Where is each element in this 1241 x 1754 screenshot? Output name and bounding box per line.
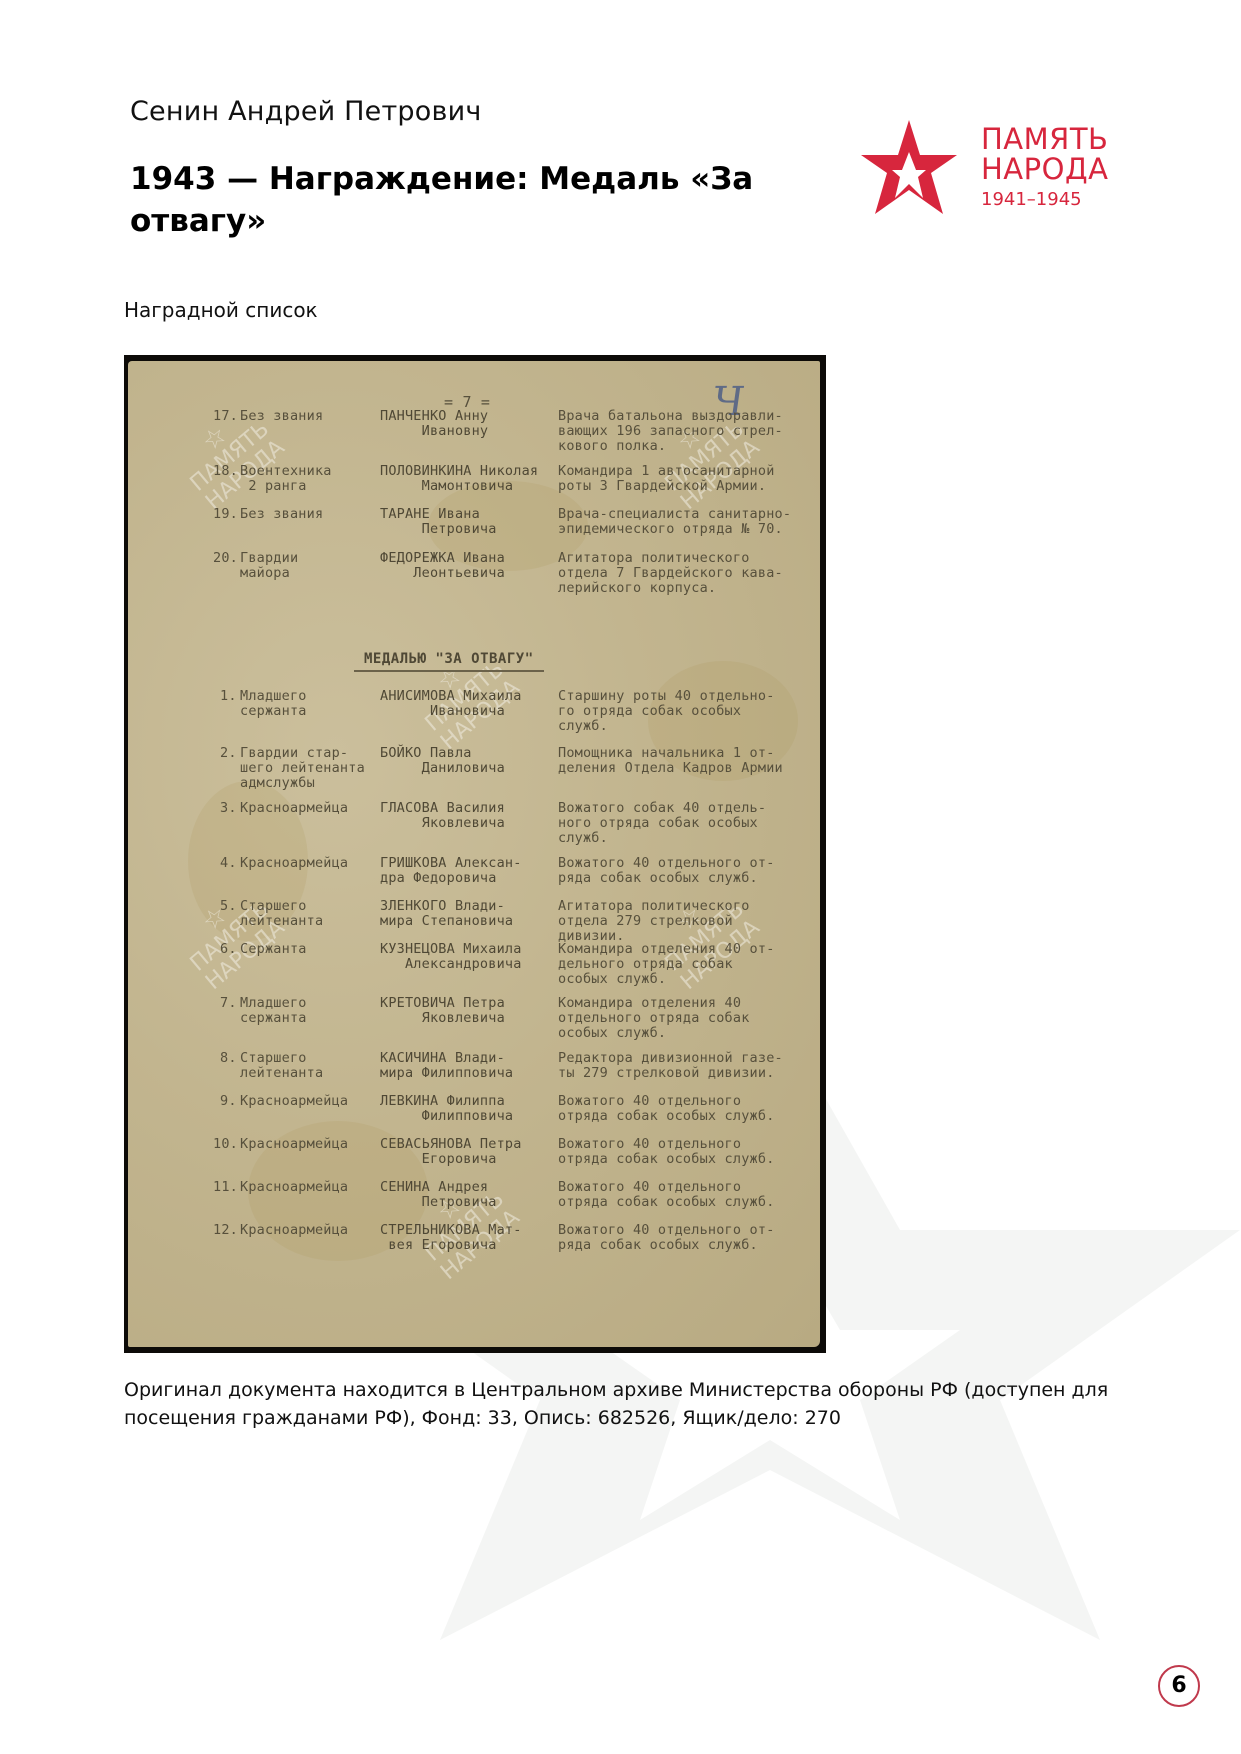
- entry-number: 4.: [220, 856, 237, 871]
- entry-number: 10.: [213, 1137, 238, 1152]
- entry-before-position: Врача батальона выздоравли- вающих 196 з…: [558, 409, 783, 454]
- entry-name: БОЙКО Павла Даниловича: [380, 746, 505, 776]
- entry-position: Старшину роты 40 отдельно- го отряда соб…: [558, 689, 775, 734]
- entry-name: АНИСИМОВА Михаила Ивановича: [380, 689, 522, 719]
- entry-before-name: ПАНЧЕНКО Анну Ивановну: [380, 409, 488, 439]
- pamyat-naroda-logo: ПАМЯТЬ НАРОДА 1941–1945: [858, 118, 1128, 218]
- award-title: 1943 — Награждение: Медаль «За отвагу»: [130, 158, 810, 242]
- entry-rank: Красноармейца: [240, 1094, 348, 1109]
- entry-position: Вожатого собак 40 отдель- ного отряда со…: [558, 801, 766, 846]
- entry-before-number: 19.: [213, 507, 238, 522]
- entry-rank: Старшего лейтенанта: [240, 1051, 323, 1081]
- entry-rank: Гвардии стар- шего лейтенанта адмслужбы: [240, 746, 365, 791]
- entry-before-rank: Без звания: [240, 507, 323, 522]
- entry-rank: Красноармейца: [240, 1180, 348, 1195]
- entry-rank: Младшего сержанта: [240, 689, 307, 719]
- entry-position: Редактора дивизионной газе- ты 279 стрел…: [558, 1051, 783, 1081]
- entry-name: СТРЕЛЬНИКОВА Мат- вея Егоровича: [380, 1223, 522, 1253]
- entry-name: СЕВАСЬЯНОВА Петра Егоровича: [380, 1137, 522, 1167]
- paper-sheet: = 7 = Ч ☆ПАМЯТЬНАРОДА ☆ПАМЯТЬНАРОДА ☆ПАМ…: [128, 361, 820, 1347]
- entry-before-number: 18.: [213, 464, 238, 479]
- entry-before-name: ФЕДОРЕЖКА Ивана Леонтьевича: [380, 551, 505, 581]
- award-list-scan: = 7 = Ч ☆ПАМЯТЬНАРОДА ☆ПАМЯТЬНАРОДА ☆ПАМ…: [124, 355, 826, 1353]
- entry-number: 2.: [220, 746, 237, 761]
- entry-name: КУЗНЕЦОВА Михаила Александровича: [380, 942, 522, 972]
- entry-position: Вожатого 40 отдельного отряда собак особ…: [558, 1137, 775, 1167]
- entry-number: 1.: [220, 689, 237, 704]
- entry-position: Помощника начальника 1 от- деления Отдел…: [558, 746, 783, 776]
- entry-rank: Старшего лейтенанта: [240, 899, 323, 929]
- entry-position: Командира отделения 40 от- дельного отря…: [558, 942, 775, 987]
- section-heading: МЕДАЛЬЮ "ЗА ОТВАГУ": [354, 651, 544, 672]
- entry-rank: Красноармейца: [240, 1137, 348, 1152]
- page-number: 6: [1158, 1665, 1200, 1707]
- entry-name: КРЕТОВИЧА Петра Яковлевича: [380, 996, 505, 1026]
- person-name: Сенин Андрей Петрович: [130, 96, 481, 127]
- entry-name: ЛЕВКИНА Филиппа Филипповича: [380, 1094, 513, 1124]
- entry-number: 12.: [213, 1223, 238, 1238]
- entry-before-name: ПОЛОВИНКИНА Николая Мамонтовича: [380, 464, 538, 494]
- entry-before-name: ТАРАНЕ Ивана Петровича: [380, 507, 497, 537]
- entry-rank: Красноармейца: [240, 856, 348, 871]
- logo-years: 1941–1945: [981, 190, 1082, 210]
- entry-rank: Сержанта: [240, 942, 307, 957]
- entry-before-position: Врача-специалиста санитарно- эпидемическ…: [558, 507, 791, 537]
- archive-caption: Оригинал документа находится в Центральн…: [124, 1376, 1124, 1432]
- entry-before-number: 20.: [213, 551, 238, 566]
- entry-number: 7.: [220, 996, 237, 1011]
- entry-rank: Красноармейца: [240, 801, 348, 816]
- logo-line-2: НАРОДА: [981, 154, 1108, 184]
- entry-position: Вожатого 40 отдельного от- ряда собак ос…: [558, 856, 775, 886]
- entry-name: СЕНИНА Андрея Петровича: [380, 1180, 497, 1210]
- document-label: Наградной список: [124, 298, 318, 322]
- red-star-icon: [858, 118, 960, 218]
- entry-name: ЗЛЕНКОГО Влади- мира Степановича: [380, 899, 513, 929]
- entry-position: Вожатого 40 отдельного от- ряда собак ос…: [558, 1223, 775, 1253]
- entry-rank: Младшего сержанта: [240, 996, 307, 1026]
- entry-before-rank: Гвардии майора: [240, 551, 298, 581]
- entry-before-rank: Воентехника 2 ранга: [240, 464, 332, 494]
- entry-before-position: Командира 1 автосанитарной роты 3 Гварде…: [558, 464, 775, 494]
- entry-number: 3.: [220, 801, 237, 816]
- entry-number: 6.: [220, 942, 237, 957]
- entry-name: КАСИЧИНА Влади- мира Филипповича: [380, 1051, 513, 1081]
- entry-number: 11.: [213, 1180, 238, 1195]
- entry-number: 9.: [220, 1094, 237, 1109]
- entry-position: Агитатора политического отдела 279 стрел…: [558, 899, 750, 944]
- entry-number: 5.: [220, 899, 237, 914]
- entry-number: 8.: [220, 1051, 237, 1066]
- entry-name: ГЛАСОВА Василия Яковлевича: [380, 801, 505, 831]
- entry-position: Вожатого 40 отдельного отряда собак особ…: [558, 1180, 775, 1210]
- entry-name: ГРИШКОВА Алексан- дра Федоровича: [380, 856, 522, 886]
- entry-position: Командира отделения 40 отдельного отряда…: [558, 996, 750, 1041]
- logo-line-1: ПАМЯТЬ: [981, 124, 1108, 154]
- entry-before-position: Агитатора политического отдела 7 Гвардей…: [558, 551, 783, 596]
- entry-before-number: 17.: [213, 409, 238, 424]
- entry-rank: Красноармейца: [240, 1223, 348, 1238]
- entry-position: Вожатого 40 отдельного отряда собак особ…: [558, 1094, 775, 1124]
- entry-before-rank: Без звания: [240, 409, 323, 424]
